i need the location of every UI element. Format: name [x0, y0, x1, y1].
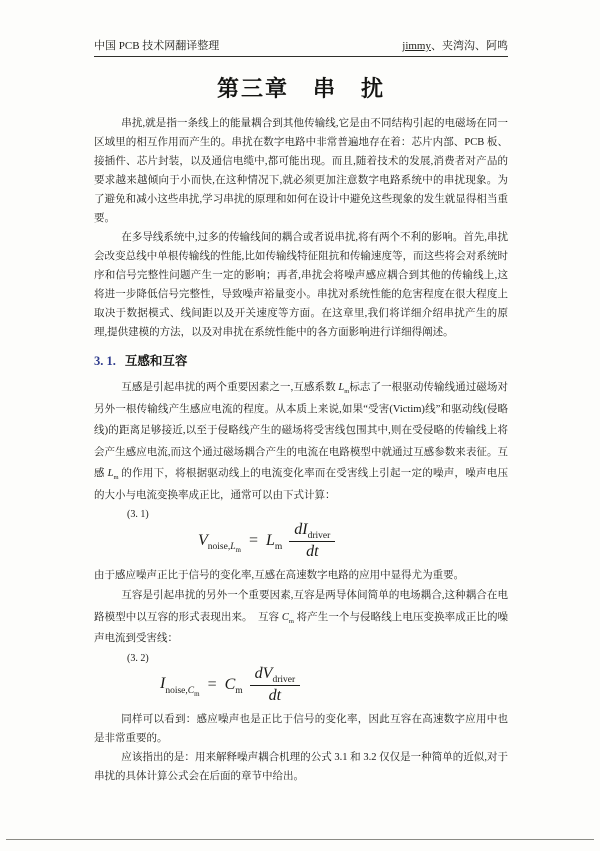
fraction: dIdriver dt	[289, 521, 335, 561]
fraction-numerator: dVdriver	[250, 665, 300, 686]
page-header: 中国 PCB 技术网翻译整理 jimmy、夹湾沟、阿鸣	[94, 0, 508, 57]
equation-body: Vnoise,Lm = Lm dIdriver dt	[198, 521, 508, 561]
math-variable-Cm: Cm	[282, 612, 294, 623]
paragraph-6: 同样可以看到：感应噪声也是正比于信号的变化率，因此互容在高速数字应用中也是非常重…	[94, 710, 508, 748]
subscript-nested: m	[194, 690, 199, 698]
footer-rule	[6, 839, 594, 840]
math-variable-base: L	[266, 532, 275, 549]
equals-sign: =	[208, 676, 217, 694]
chapter-title: 第三章 串 扰	[94, 72, 508, 103]
equation-coefficient: Cm	[225, 676, 243, 694]
header-source-text: 中国 PCB 技术网翻译整理	[94, 37, 219, 53]
paragraph-1: 串扰,就是指一条线上的能量耦合到其他传输线,它是由不同结构引起的电磁场在同一区域…	[94, 114, 508, 228]
text-segment: 标志了一根驱动传输线通过磁场对另外一根传输线产生感应电流的程度。从本质上来说,如…	[94, 382, 508, 479]
fraction: dVdriver dt	[250, 665, 300, 705]
math-variable-subscript: noise,Cm	[165, 686, 199, 696]
document-page: 中国 PCB 技术网翻译整理 jimmy、夹湾沟、阿鸣 第三章 串 扰 串扰,就…	[0, 0, 600, 851]
fraction-denominator: dt	[289, 542, 335, 561]
equation-lhs: Vnoise,Lm	[198, 532, 241, 550]
equation-coefficient: Lm	[266, 532, 282, 550]
math-variable-Lm: Lm	[338, 382, 349, 393]
header-authors: jimmy、夹湾沟、阿鸣	[402, 37, 508, 53]
math-variable-base: C	[225, 676, 236, 693]
equation-body: Inoise,Cm = Cm dVdriver dt	[160, 665, 508, 705]
paragraph-2: 在多导线系统中,过多的传输线间的耦合或者说串扰,将有两个不利的影响。首先,串扰会…	[94, 228, 508, 342]
equation-3-1: (3. 1) Vnoise,Lm = Lm dIdriver dt	[94, 509, 508, 561]
math-variable-base: dV	[255, 665, 273, 682]
section-heading: 3. 1.互感和互容	[94, 351, 508, 369]
paragraph-3: 互感是引起串扰的两个重要因素之一,互感系数 Lm标志了一根驱动传输线通过磁场对另…	[94, 377, 508, 506]
math-variable-subscript: driver	[272, 675, 295, 685]
math-variable-Lm: Lm	[108, 468, 119, 479]
math-variable-subscript: driver	[308, 531, 331, 541]
fraction-numerator: dIdriver	[289, 521, 335, 542]
equation-label: (3. 2)	[127, 653, 508, 664]
equals-sign: =	[249, 532, 258, 550]
section-number: 3. 1.	[94, 354, 116, 368]
math-variable-base: dt	[306, 543, 318, 560]
header-authors-rest: 、夹湾沟、阿鸣	[431, 40, 508, 52]
math-variable-subscript: noise,Lm	[208, 542, 241, 552]
paragraph-4: 由于感应噪声正比于信号的变化率,互感在高速数字电路的应用中显得尤为重要。	[94, 566, 508, 585]
math-variable-base: V	[198, 532, 208, 549]
equation-lhs: Inoise,Cm	[160, 675, 200, 693]
paragraph-7: 应该指出的是：用来解释噪声耦合机理的公式 3.1 和 3.2 仅仅是一种简单的近…	[94, 748, 508, 786]
fraction-denominator: dt	[250, 686, 300, 705]
paragraph-5: 互容是引起串扰的另外一个重要因素,互容是两导体间简单的电场耦合,这种耦合在电路模…	[94, 585, 508, 650]
text-segment: 互感是引起串扰的两个重要因素之一,互感系数	[121, 382, 338, 393]
subscript-nested: m	[236, 546, 241, 554]
equation-label: (3. 1)	[127, 509, 508, 520]
header-author-jimmy: jimmy	[402, 40, 431, 52]
math-variable-base: C	[282, 612, 289, 623]
math-variable-subscript: m	[275, 542, 282, 552]
subscript-prefix: noise,	[165, 686, 187, 696]
math-variable-base: dI	[294, 521, 307, 538]
math-variable-subscript: m	[235, 686, 242, 696]
equation-3-2: (3. 2) Inoise,Cm = Cm dVdriver dt	[94, 653, 508, 705]
section-title: 互感和互容	[125, 354, 188, 368]
math-variable-base: dt	[269, 687, 281, 704]
page-content: 中国 PCB 技术网翻译整理 jimmy、夹湾沟、阿鸣 第三章 串 扰 串扰,就…	[94, 0, 508, 786]
subscript-prefix: noise,	[208, 542, 230, 552]
text-segment: 的作用下，将根据驱动线上的电流变化率而在受害线上引起一定的噪声，噪声电压的大小与…	[94, 468, 508, 501]
